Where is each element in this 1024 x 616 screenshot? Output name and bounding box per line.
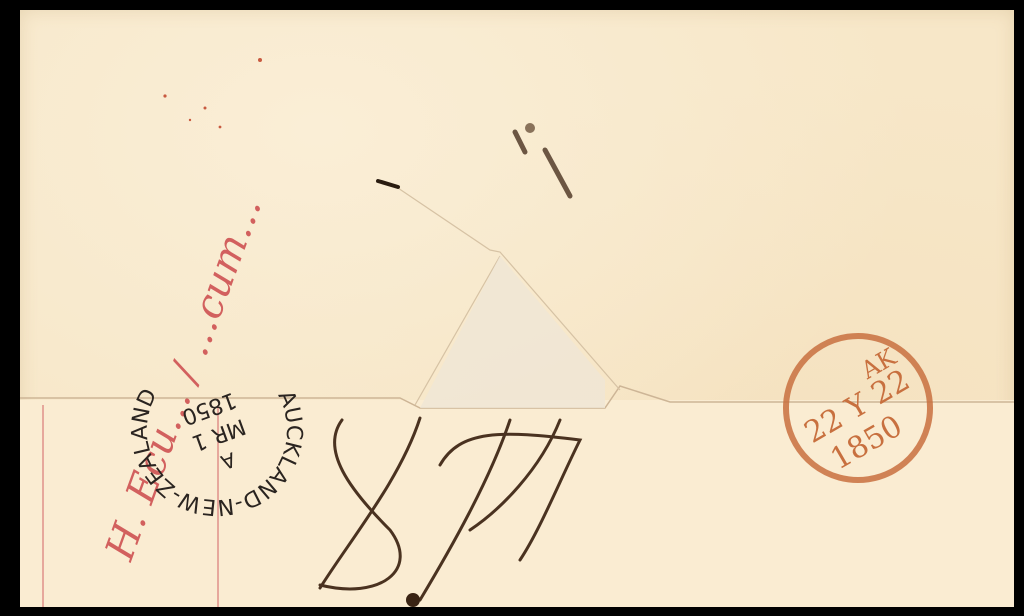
postal-cover: H. Ecu… / …cum… AUCKLAND-NEW-ZEALAND A M… [20, 10, 1014, 607]
ink-smudge [515, 132, 570, 196]
cover-drawing: H. Ecu… / …cum… AUCKLAND-NEW-ZEALAND A M… [20, 10, 1014, 607]
tucked-flap [420, 256, 605, 408]
ink-dot [525, 123, 535, 133]
red-specks [163, 58, 262, 128]
ink-blot [378, 181, 398, 187]
